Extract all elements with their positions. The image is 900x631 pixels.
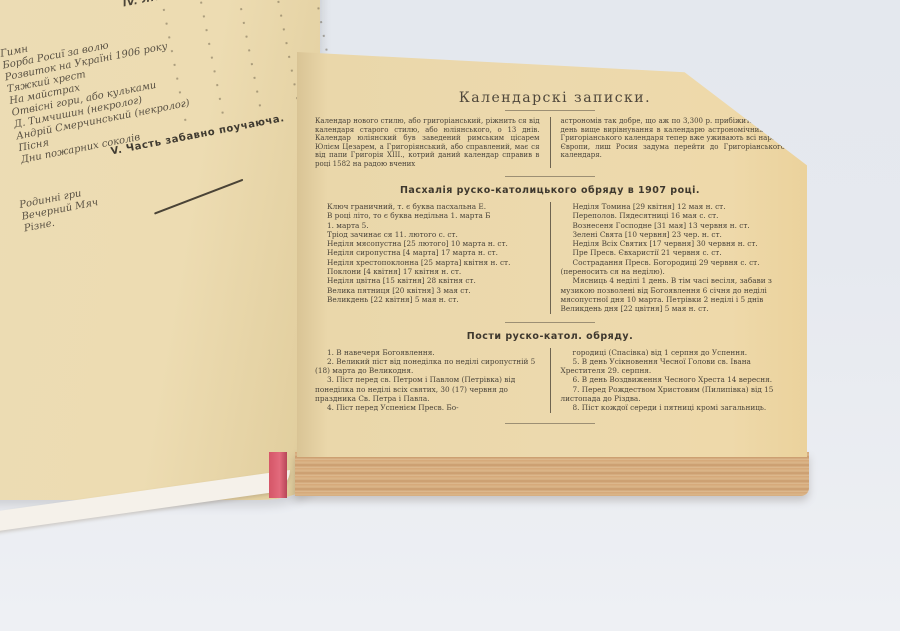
list-item: 1. марта 5. [315,221,540,230]
list-item: Неділя мясопустна [25 лютого] 10 марта н… [315,239,540,248]
list-item: Зелені Свята [10 червня] 23 чер. н. ст. [561,230,786,239]
list-item: 8. Піст кождої середи і пятниці кромі за… [561,403,786,412]
ornament-divider [154,179,243,215]
easter-table: Ключ граничний, т. є буква пасхальна Е. … [315,202,785,314]
list-item: городиці (Спасівка) від 1 серпня до Успе… [561,348,786,357]
list-item: Сострадання Пресв. Богородиці 29 червня … [561,258,786,277]
easter-title: Пасхалія руско-католицького обряду в 190… [315,185,785,196]
list-item: Мясниць 4 неділі 1 день. В тім часі весі… [561,276,786,313]
list-item: Неділя Всіх Святих [17 червня] 30 червня… [561,239,786,248]
list-item: Ключ граничний, т. є буква пасхальна Е. [315,202,540,211]
list-item: Переполов. Пядесятниці 16 мая с. ст. [561,211,786,220]
list-item: Неділя сиропустна [4 марта] 17 марта н. … [315,248,540,257]
list-item: 5. В день Усікновення Чесної Голови св. … [561,357,786,376]
list-item: Неділя цвітна [15 квітня] 28 квітня ст. [315,276,540,285]
list-item: Великдень [22 квітня] 5 мая н. ст. [315,295,540,304]
list-item: 3. Піст перед св. Петром і Павлом (Петрі… [315,375,540,403]
list-item: Пре Пресв. Євхаристії 21 червня с. ст. [561,248,786,257]
title-rule [505,110,595,111]
page-edges [295,452,809,496]
intro-right: астрономів так добре, що аж по 3,300 р. … [561,117,786,168]
list-item: Велика пятниця [20 квітня] 3 мая ст. [315,286,540,295]
easter-right-list: Неділя Томина [29 квітня] 12 мая н. ст. … [561,202,786,314]
list-item: 4. Піст перед Успенієм Пресв. Бо- [315,403,540,412]
list-item: В році літо, то є буква недільна 1. март… [315,211,540,220]
list-item: Неділя Томина [29 квітня] 12 мая н. ст. [561,202,786,211]
list-item: Тріод зачинає ся 11. лютого с. ст. [315,230,540,239]
fasts-right-list: городиці (Спасівка) від 1 серпня до Успе… [561,348,786,413]
fasts-table: 1. В навечеря Богоявлення. 2. Великий пі… [315,348,785,413]
book-block: Календарскі записки. Календар нового сти… [285,52,815,498]
list-item: 2. Великий піст від понеділка по неділі … [315,357,540,376]
left-page-list-2: Родинні гри Вечерний Мяч Різне. [19,185,102,235]
fasts-left-list: 1. В навечеря Богоявлення. 2. Великий пі… [315,348,540,413]
column-divider [550,348,551,413]
list-item: 7. Перед Рождеством Христовим (Пилипівка… [561,385,786,404]
section-rule [505,322,595,323]
easter-left-list: Ключ граничний, т. є буква пасхальна Е. … [315,202,540,314]
list-item: 1. В навечеря Богоявлення. [315,348,540,357]
red-spine [269,452,287,498]
fasts-title: Пости руско-катол. обряду. [315,331,785,342]
page-title: Календарскі записки. [325,90,785,106]
section-rule [505,423,595,424]
left-page: IV. Літературна часть. Гимн Борба Росиї … [0,0,320,500]
right-page: Календарскі записки. Календар нового сти… [297,52,807,457]
list-item: Вознесеня Господне [31 мая] 13 червня н.… [561,221,786,230]
intro-left: Календар нового стилю, або григоріанськи… [315,117,540,168]
right-page-content: Календарскі записки. Календар нового сти… [315,90,785,428]
list-item: Неділя хрестопоклонна [25 марта] квітня … [315,258,540,267]
intro-paragraph: Календар нового стилю, або григоріанськи… [315,117,785,168]
list-item: 6. В день Воздвиження Чесного Хреста 14 … [561,375,786,384]
photo-scene: IV. Літературна часть. Гимн Борба Росиї … [0,0,900,631]
list-item: Поклони [4 квітня] 17 квітня н. ст. [315,267,540,276]
column-divider [550,202,551,314]
column-divider [550,117,551,168]
section-rule [505,176,595,177]
